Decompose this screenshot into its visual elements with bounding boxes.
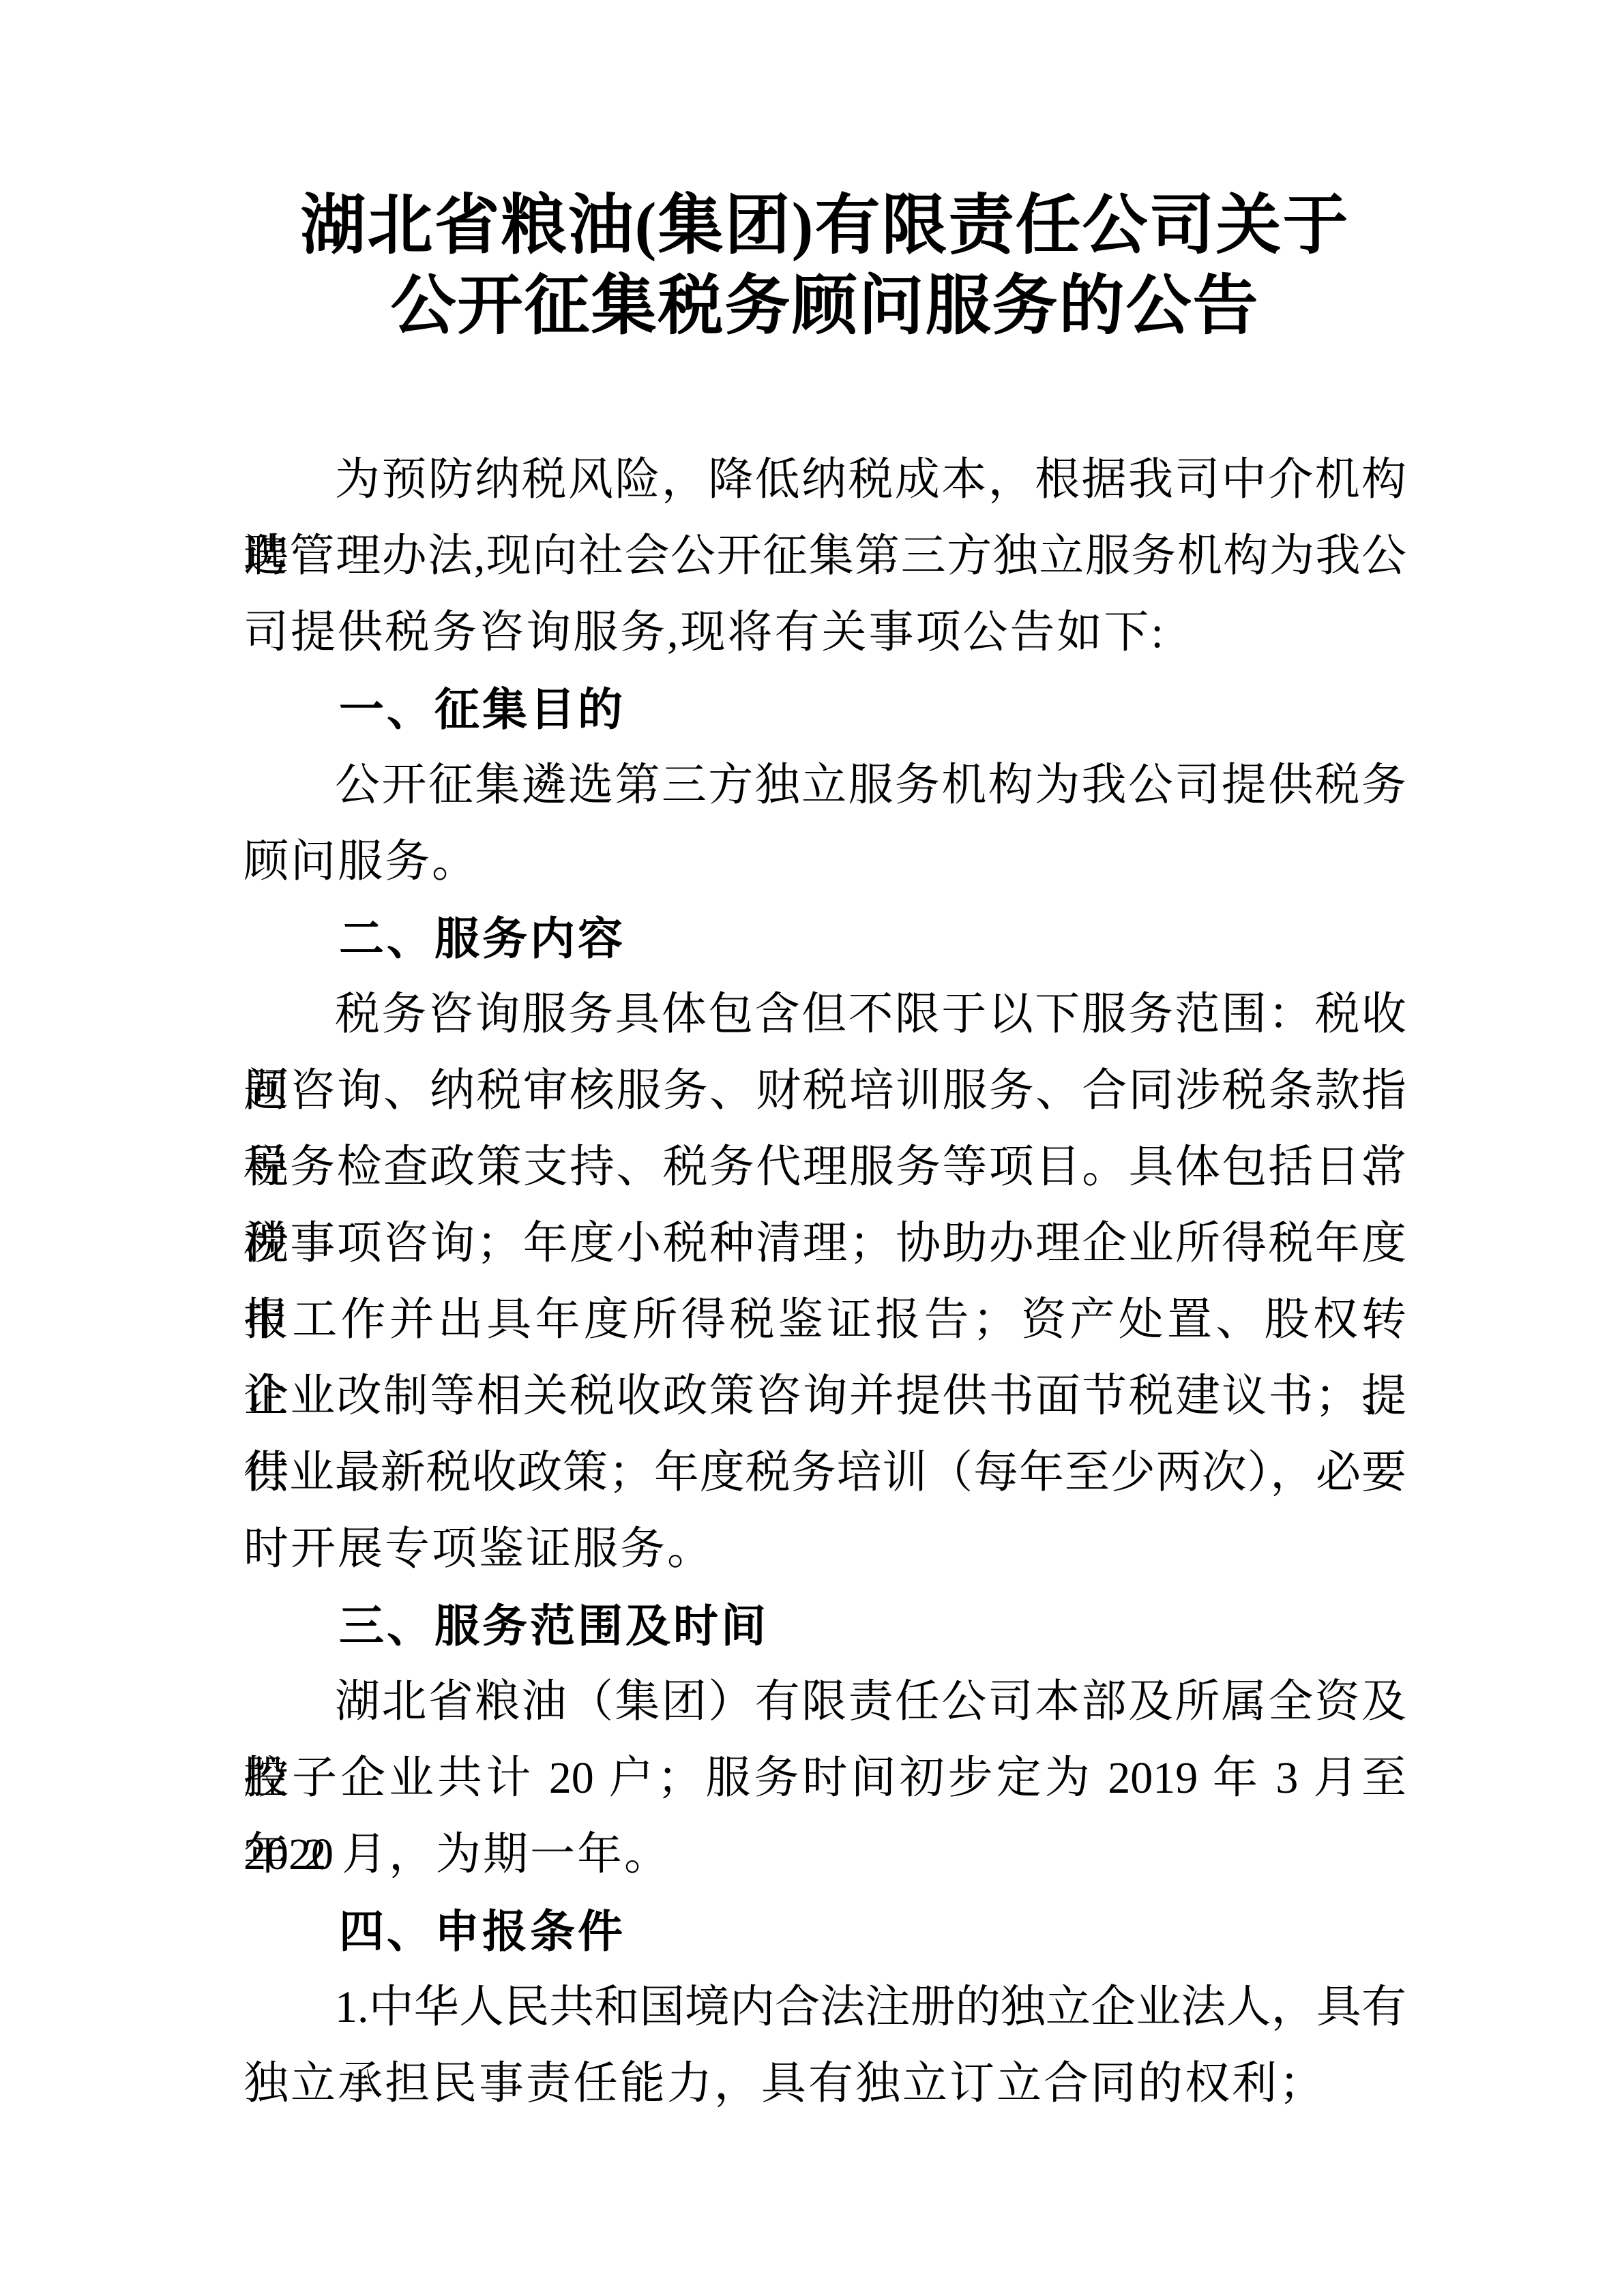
document-title-line: 湖北省粮油(集团)有限责任公司关于 <box>243 185 1406 266</box>
paragraph-line: 聘管理办法,现向社会公开征集第三方独立服务机构为我公 <box>243 518 1406 595</box>
paragraph-line: 为预防纳税风险，降低纳税成本，根据我司中介机构选 <box>243 442 1406 518</box>
paragraph-line: 税事项咨询；年度小税种清理；协助办理企业所得税年度申 <box>243 1206 1406 1282</box>
paragraph-line: 报工作并出具年度所得税鉴证报告；资产处置、股权转让、 <box>243 1282 1406 1358</box>
paragraph-line: 1.中华人民共和国境内合法注册的独立企业法人，具有 <box>243 1969 1406 2046</box>
paragraph-line: 行业最新税收政策；年度税务培训（每年至少两次），必要 <box>243 1435 1406 1511</box>
paragraph-line: 独立承担民事责任能力，具有独立订立合同的权利； <box>243 2046 1406 2122</box>
paragraph-line: 股子企业共计 20 户；服务时间初步定为 2019 年 3 月至 2020 <box>243 1740 1406 1817</box>
paragraph-line: 时开展专项鉴证服务。 <box>243 1511 1406 1587</box>
section-heading-3: 三、服务范围及时间 <box>243 1587 1406 1664</box>
paragraph-line: 年 2 月，为期一年。 <box>243 1817 1406 1893</box>
paragraph-line: 税务检查政策支持、税务代理服务等项目。具体包括日常涉 <box>243 1129 1406 1206</box>
section-heading-2: 二、服务内容 <box>243 900 1406 976</box>
paragraph-line: 顾问服务。 <box>243 824 1406 900</box>
document-title-line: 公开征集税务顾问服务的公告 <box>243 266 1406 346</box>
paragraph-line: 税务咨询服务具体包含但不限于以下服务范围：税收问 <box>243 976 1406 1053</box>
section-heading-1: 一、征集目的 <box>243 671 1406 747</box>
document-title: 湖北省粮油(集团)有限责任公司关于 公开征集税务顾问服务的公告 <box>243 185 1406 346</box>
paragraph-line: 公开征集遴选第三方独立服务机构为我公司提供税务 <box>243 747 1406 824</box>
paragraph-line: 题咨询、纳税审核服务、财税培训服务、合同涉税条款指导、 <box>243 1053 1406 1129</box>
paragraph-line: 湖北省粮油（集团）有限责任公司本部及所属全资及控 <box>243 1664 1406 1740</box>
paragraph-line: 企业改制等相关税收政策咨询并提供书面节税建议书；提供 <box>243 1358 1406 1435</box>
document-body: 为预防纳税风险，降低纳税成本，根据我司中介机构选 聘管理办法,现向社会公开征集第… <box>243 442 1406 2122</box>
paragraph-line: 司提供税务咨询服务,现将有关事项公告如下: <box>243 595 1406 671</box>
announcement-page: 湖北省粮油(集团)有限责任公司关于 公开征集税务顾问服务的公告 为预防纳税风险，… <box>0 0 1624 2296</box>
section-heading-4: 四、申报条件 <box>243 1893 1406 1969</box>
